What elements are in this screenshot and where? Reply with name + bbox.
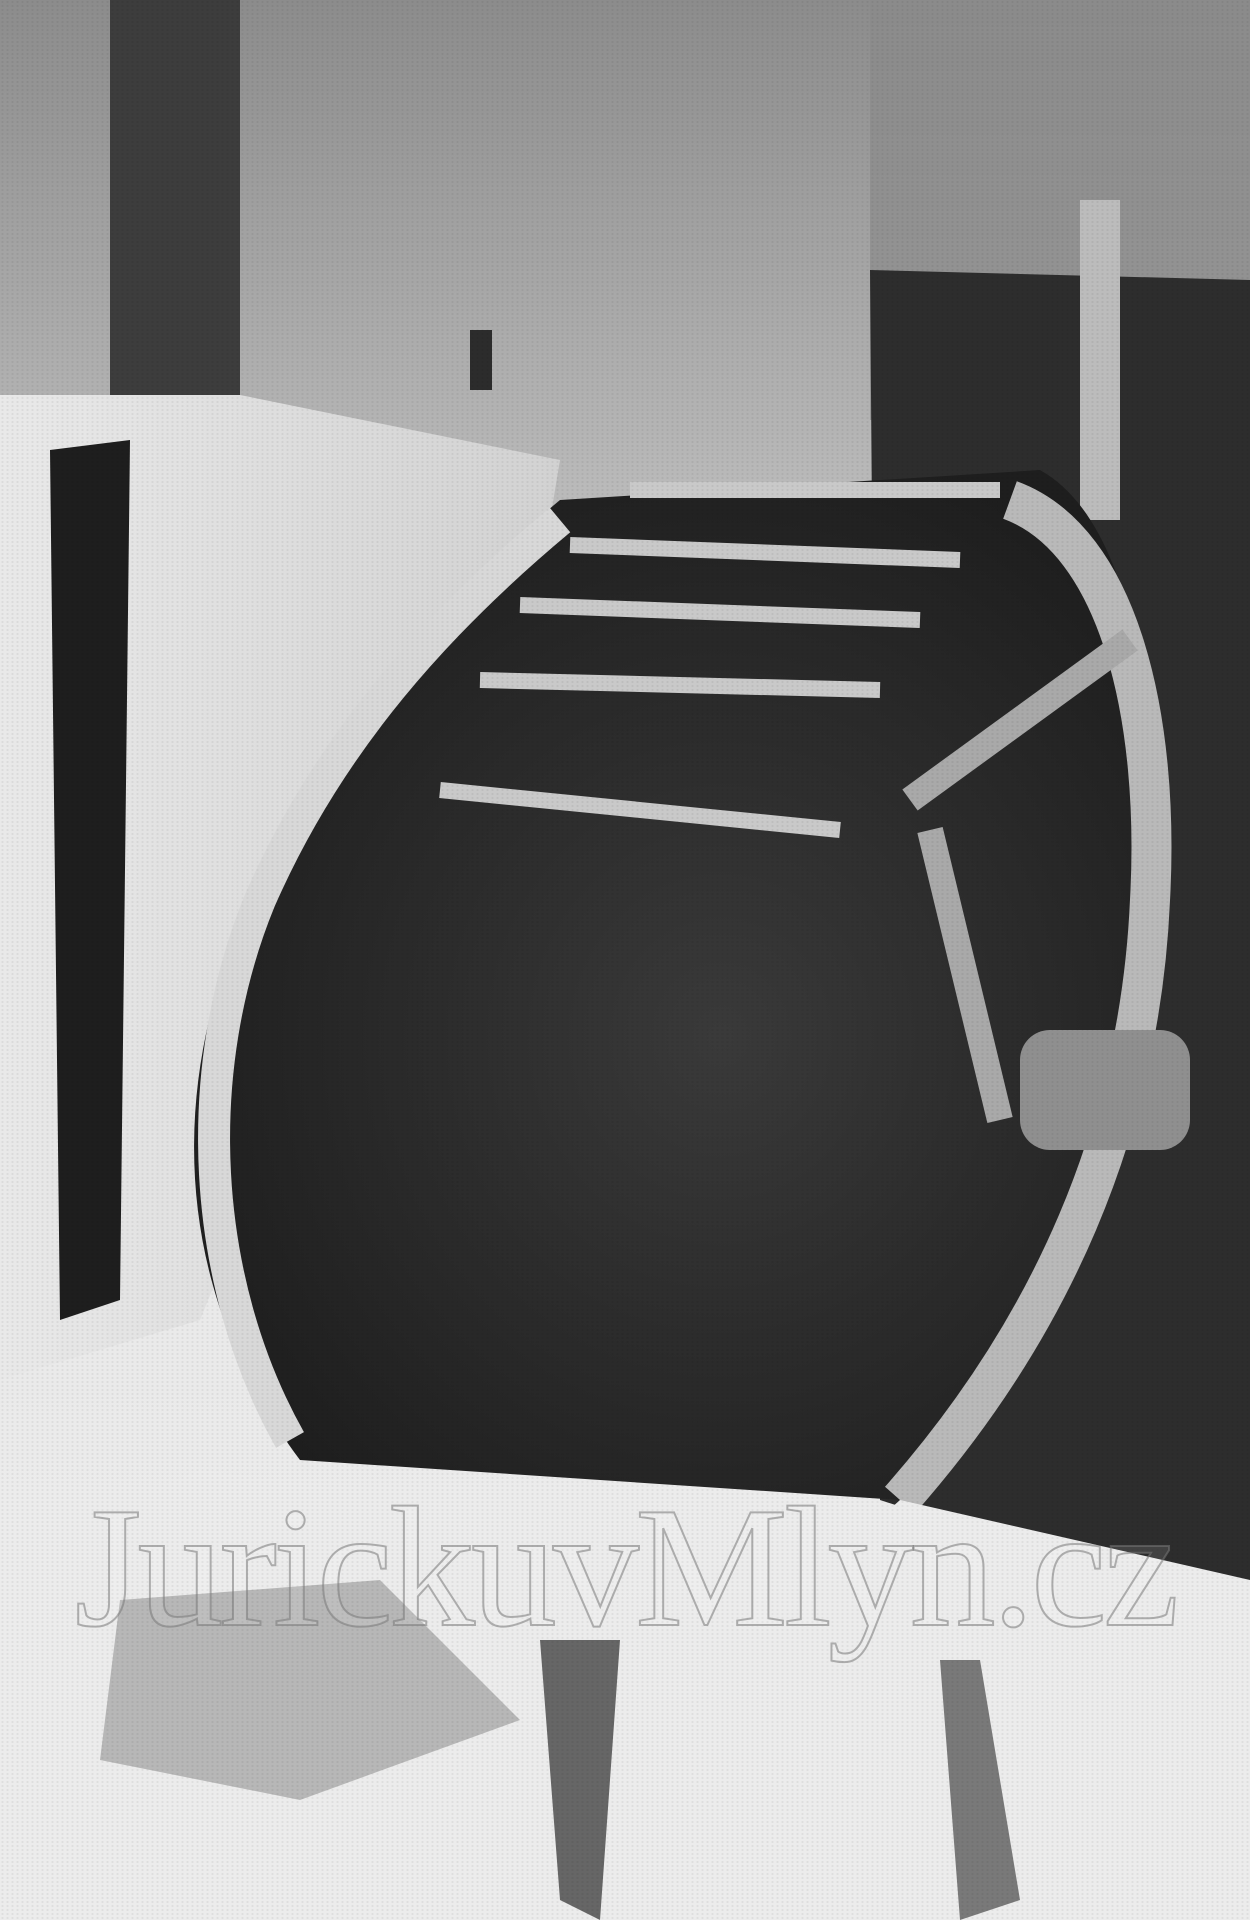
photograph: JurickuvMlyn.cz xyxy=(0,0,1250,1920)
vertical-beam xyxy=(1080,200,1120,520)
dark-post xyxy=(110,0,240,400)
wall-shadow xyxy=(50,440,130,1320)
wheel-hub xyxy=(1020,1030,1190,1150)
small-post xyxy=(470,330,492,390)
photo-scene xyxy=(0,0,1250,1920)
